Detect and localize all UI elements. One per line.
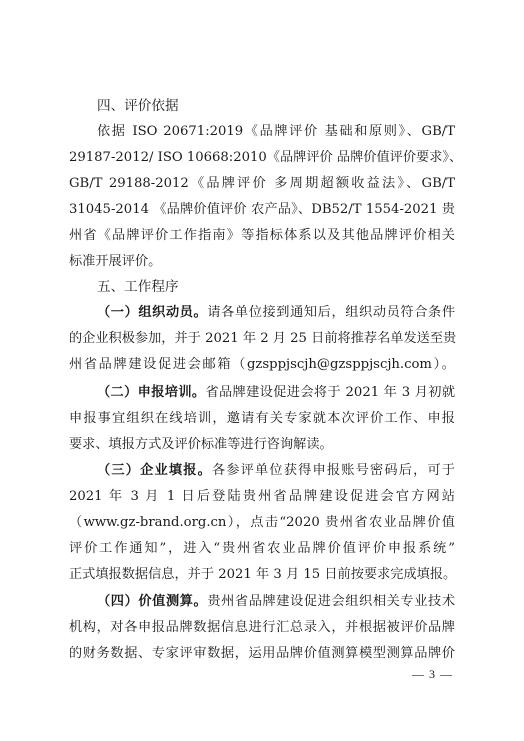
paragraph-line: 31045-2014 《品牌价值评价 农产品》、DB52/T 1554-2021…: [69, 200, 455, 220]
paragraph-line: 依据 ISO 20671:2019《品牌评价 基础和原则》、GB/T: [97, 122, 455, 142]
item-text: 请各单位接到通知后，组织动员符合条件: [207, 305, 455, 320]
section-heading-evaluation-basis: 四、评价依据: [97, 96, 455, 116]
item-text: 省品牌建设促进会将于 2021 年 3 月初就: [205, 385, 455, 400]
item-first-line: （一）组织动员。请各单位接到通知后，组织动员符合条件: [97, 303, 455, 323]
paragraph-line: 的企业积极参加，并于 2021 年 2 月 25 日前将推荐名单发送至贵: [69, 329, 455, 349]
item-text: 各参评单位获得申报账号密码后，可于: [212, 463, 455, 478]
paragraph-line: 2021 年 3 月 1 日后登陆贵州省品牌建设促进会官方网站: [69, 487, 455, 507]
item-lead-mobilization: （一）组织动员。: [97, 305, 207, 320]
item-first-line: （二）申报培训。省品牌建设促进会将于 2021 年 3 月初就: [97, 383, 455, 403]
paragraph-line: 标准开展评价。: [69, 252, 455, 272]
paragraph-line: GB/T 29188-2012《品牌评价 多周期超额收益法》、GB/T: [69, 174, 455, 194]
item-text: 贵州省品牌建设促进会组织相关专业技术: [207, 594, 455, 609]
paragraph-line: 正式填报数据信息，并于 2021 年 3 月 15 日前按要求完成填报。: [69, 565, 455, 585]
item-first-line: （四）价值测算。贵州省品牌建设促进会组织相关专业技术: [97, 592, 455, 612]
paragraph-line: 州省品牌建设促进会邮箱（gzsppjscjh@gzsppjscjh.com）。: [69, 355, 455, 375]
paragraph-line: 州省《品牌评价工作指南》等指标体系以及其他品牌评价相关: [69, 226, 455, 246]
paragraph-line: 机构，对各申报品牌数据信息进行汇总录入，并根据被评价品牌: [69, 618, 455, 638]
paragraph-line: 29187-2012/ ISO 10668:2010《品牌评价 品牌价值评价要求…: [69, 148, 455, 168]
paragraph-line: 申报事宜组织在线培训，邀请有关专家就本次评价工作、申报: [69, 409, 455, 429]
section-heading-work-procedure: 五、工作程序: [97, 277, 455, 297]
item-lead-filing: （三）企业填报。: [97, 463, 212, 478]
paragraph-line: 评价工作通知”，进入“贵州省农业品牌价值评价申报系统”: [69, 539, 455, 559]
item-lead-training: （二）申报培训。: [97, 385, 205, 400]
item-first-line: （三）企业填报。各参评单位获得申报账号密码后，可于: [97, 461, 455, 481]
paragraph-line: （www.gz-brand.org.cn），点击“2020 贵州省农业品牌价值: [69, 513, 455, 533]
paragraph-line: 要求、填报方式及评价标准等进行咨询解读。: [69, 435, 455, 455]
item-lead-valuation: （四）价值测算。: [97, 594, 207, 609]
paragraph-line: 的财务数据、专家评审数据，运用品牌价值测算模型测算品牌价: [69, 644, 455, 664]
page-number: — 3 —: [412, 667, 453, 682]
document-page: 四、评价依据 依据 ISO 20671:2019《品牌评价 基础和原则》、GB/…: [0, 0, 524, 741]
